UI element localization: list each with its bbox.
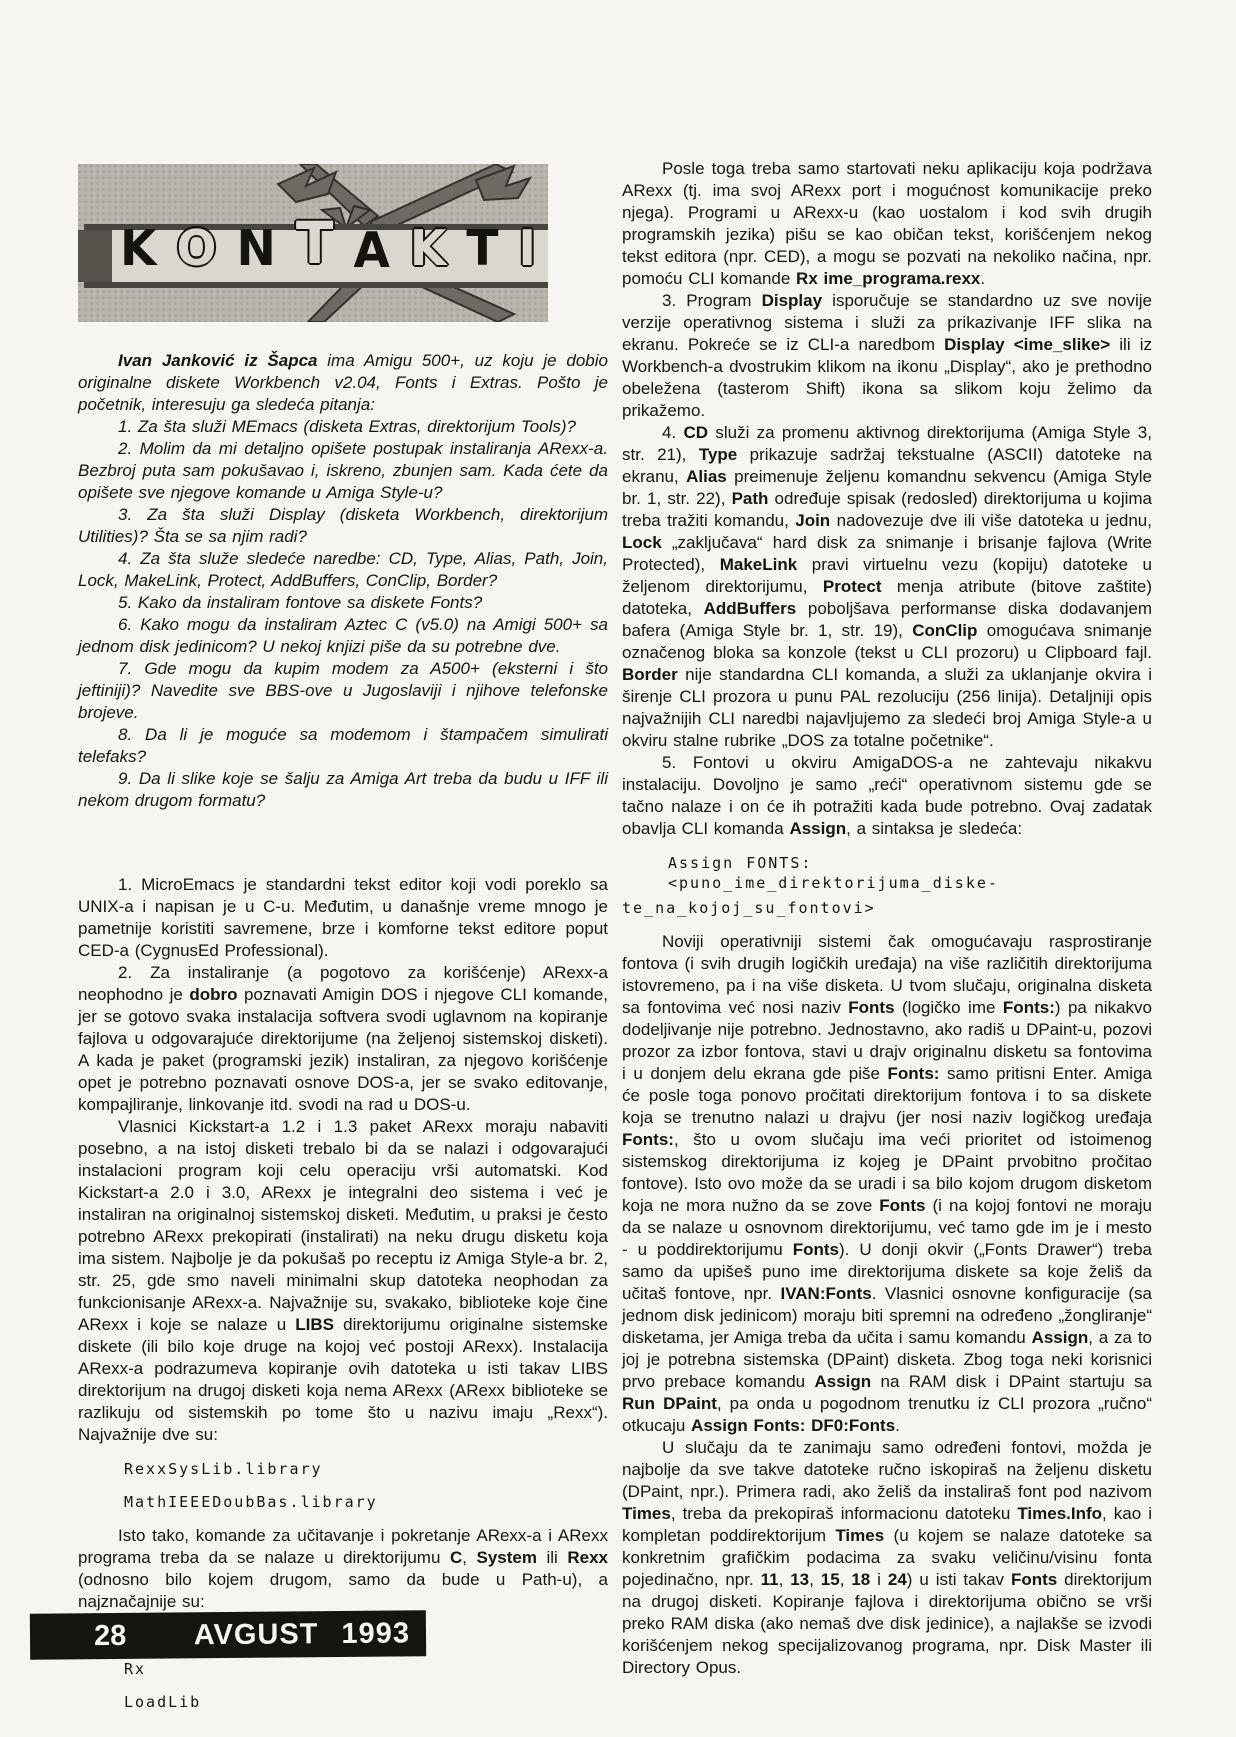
logo-letter: K <box>410 223 446 272</box>
logo-letter: A <box>353 225 389 274</box>
answer-1: 1. MicroEmacs je standardni tekst editor… <box>78 874 608 962</box>
question-8: 8. Da li je moguće sa modemom i štampače… <box>78 724 608 768</box>
right-column-text: Posle toga treba samo startovati neku ap… <box>622 158 1152 1679</box>
answer-2b: Vlasnici Kickstart-a 1.2 i 1.3 paket ARe… <box>78 1116 608 1446</box>
code-line: RexxSysLib.library <box>78 1459 608 1479</box>
answer-5: 5. Fontovi u okviru AmigaDOS-a ne zahtev… <box>622 752 1152 840</box>
kontakti-logo: KONTAKTI <box>78 164 548 322</box>
logo-letter: K <box>120 223 156 272</box>
answer-2d: Posle toga treba samo startovati neku ap… <box>622 158 1152 290</box>
answer-5c: U slučaju da te zanimaju samo određeni f… <box>622 1437 1152 1679</box>
code-line: te_na_kojoj_su_fontovi> <box>622 898 1152 918</box>
logo-letter: T <box>296 214 334 272</box>
answer-2: 2. Za instaliranje (a pogotovo za korišć… <box>78 962 608 1116</box>
left-column: KONTAKTI Ivan Janković iz Šapca ima Amig… <box>78 158 608 1725</box>
left-column-text: Ivan Janković iz Šapca ima Amigu 500+, u… <box>78 350 608 1712</box>
code-line: Rx <box>78 1659 608 1679</box>
code-line: Assign FONTS: <puno_ime_direktorijuma_di… <box>622 853 1152 893</box>
code-line: MathIEEEDoubBas.library <box>78 1492 608 1512</box>
question-9: 9. Da li slike koje se šalju za Amiga Ar… <box>78 768 608 812</box>
question-7: 7. Gde mogu da kupim modem za A500+ (eks… <box>78 658 608 724</box>
question-6: 6. Kako mogu da instaliram Aztec C (v5.0… <box>78 614 608 658</box>
band-rail-bottom <box>84 282 548 288</box>
question-2: 2. Molim da mi detaljno opišete postupak… <box>78 438 608 504</box>
question-3: 3. Za šta služi Display (disketa Workben… <box>78 504 608 548</box>
question-1: 1. Za šta služi MEmacs (disketa Extras, … <box>78 416 608 438</box>
code-line: LoadLib <box>78 1692 608 1712</box>
footer-bar: 28 AVGUST 1993 <box>30 1610 426 1659</box>
question-4: 4. Za šta služe sledeće naredbe: CD, Typ… <box>78 548 608 592</box>
page-number: 28 <box>94 1619 127 1652</box>
page-content: KONTAKTI Ivan Janković iz Šapca ima Amig… <box>78 158 1152 1725</box>
logo-letter: O <box>176 223 216 272</box>
band-left-stub <box>78 230 112 282</box>
intro-paragraph: Ivan Janković iz Šapca ima Amigu 500+, u… <box>78 350 608 416</box>
right-column: Posle toga treba samo startovati neku ap… <box>622 158 1152 1725</box>
answer-5b: Noviji operativniji sistemi čak omogućav… <box>622 931 1152 1437</box>
answer-4: 4. CD služi za promenu aktivnog direktor… <box>622 422 1152 752</box>
answer-2c: Isto tako, komande za učitavanje i pokre… <box>78 1525 608 1613</box>
logo-letter: T <box>466 223 498 272</box>
logo-title: KONTAKTI <box>120 220 536 276</box>
answer-3: 3. Program Display isporučuje se standar… <box>622 290 1152 422</box>
magazine-page: KONTAKTI Ivan Janković iz Šapca ima Amig… <box>0 0 1236 1737</box>
logo-letter: N <box>236 223 275 272</box>
question-5: 5. Kako da instaliram fontove sa diskete… <box>78 592 608 614</box>
logo-letter: I <box>518 223 536 272</box>
issue-date: AVGUST 1993 <box>194 1617 411 1652</box>
